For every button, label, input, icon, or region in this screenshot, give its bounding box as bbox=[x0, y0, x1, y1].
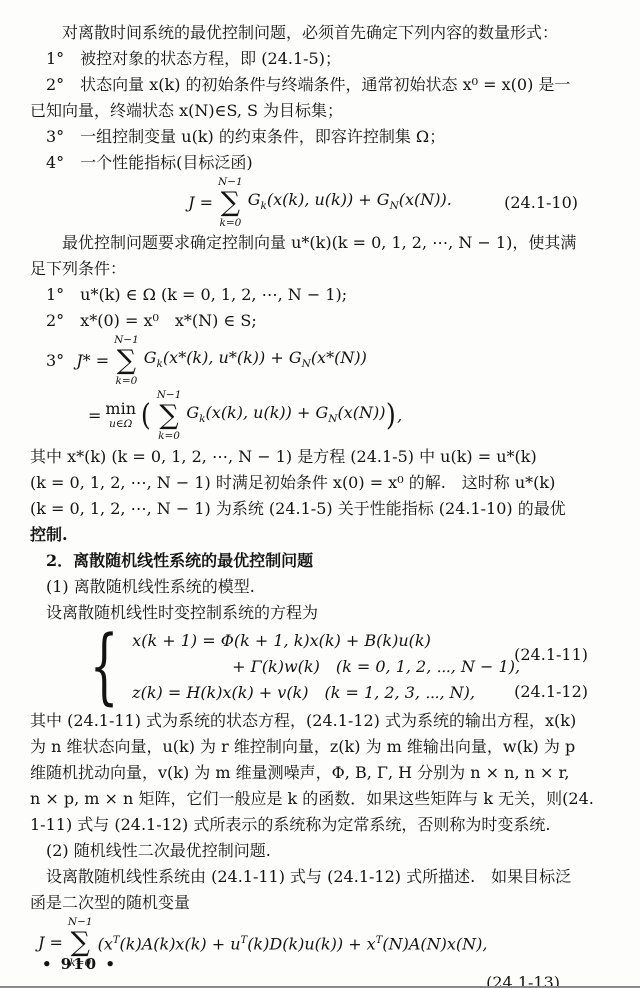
sum-operator: N−1 ∑ k=0 bbox=[114, 334, 139, 388]
system-row-state-1: x(k + 1) = Φ(k + 1, k)x(k) + B(k)u(k) bbox=[132, 628, 520, 654]
term-end: (x(N)). bbox=[399, 190, 452, 209]
text-line-where-c: (k = 0, 1, 2, ⋯, N − 1) 为系统 (24.1-5) 关于性… bbox=[30, 496, 610, 522]
equation-rhs: Gk(x(k), u(k)) + GN(x(N)) bbox=[186, 400, 385, 432]
equation-lhs: J = bbox=[38, 930, 63, 956]
text-line-intro: 对离散时间系统的最优控制问题，必须首先确定下列内容的数量形式： bbox=[30, 20, 610, 46]
text-line-dims-b: 为 n 维状态向量，u(k) 为 r 维控制向量，z(k) 为 m 维输出向量，… bbox=[30, 734, 610, 760]
term-x: (x bbox=[98, 934, 113, 953]
equation-lhs: J* = bbox=[76, 348, 109, 374]
text-line-dims-d: n × p, m × n 矩阵，它们一般应是 k 的函数．如果这些矩阵与 k 无… bbox=[30, 786, 610, 812]
equation-24-1-10: J = N−1 ∑ k=0 Gk(x(k), u(k)) + GN(x(N)).… bbox=[30, 176, 610, 230]
system-row-state-2: + Γ(k)w(k) (k = 0, 1, 2, ⋯, N − 1), bbox=[232, 654, 520, 680]
subscript-N: N bbox=[390, 200, 399, 212]
min-label: min bbox=[105, 401, 136, 418]
text-line-cond1: 1° u*(k) ∈ Ω (k = 0, 1, 2, ⋯, N − 1); bbox=[30, 282, 610, 308]
term-G: G bbox=[248, 190, 261, 209]
term-G: G bbox=[144, 348, 157, 367]
section-heading-2: 2．离散随机线性系统的最优控制问题 bbox=[30, 548, 610, 574]
text-line-sub2-intro-a: 设离散随机线性系统由 (24.1-11) 式与 (24.1-12) 式所描述. … bbox=[30, 864, 610, 890]
equation-tag-24-1-12: (24.1-12) bbox=[514, 679, 588, 705]
text-line-where-a: 其中 x*(k) (k = 0, 1, 2, ⋯, N − 1) 是方程 (24… bbox=[30, 444, 610, 470]
equation-lhs: J = bbox=[188, 190, 213, 216]
sum-operator: N−1 ∑ k=0 bbox=[157, 389, 182, 443]
trailing-comma: , bbox=[397, 403, 402, 429]
text-line-sub1: (1) 离散随机线性系统的模型. bbox=[30, 574, 610, 600]
open-paren: ( bbox=[141, 401, 151, 431]
text-line-where-b: (k = 0, 1, 2, ⋯, N − 1) 时满足初始条件 x(0) = x… bbox=[30, 470, 610, 496]
text-line-optimal-a: 最优控制问题要求确定控制向量 u*(k)(k = 0, 1, 2, ⋯, N −… bbox=[30, 230, 610, 256]
text-line-sub2-intro-b: 函是二次型的随机变量 bbox=[30, 890, 610, 916]
equation-cond3-row2: = min u∈Ω ( N−1 ∑ k=0 Gk(x(k), u(k)) + G… bbox=[88, 388, 610, 444]
text-line-dims-e: 1-11) 式与 (24.1-12) 式所表示的系统称为定常系统，否则称为时变系… bbox=[30, 812, 610, 838]
text-line-optimal-b: 足下列条件： bbox=[30, 256, 610, 282]
sum-lower-limit: k=0 bbox=[219, 217, 241, 230]
min-operator: min u∈Ω bbox=[105, 401, 136, 430]
text-line-item3: 3° 一组控制变量 u(k) 的约束条件，即容许控制集 Ω； bbox=[30, 124, 610, 150]
term-mid: (x(k), u(k)) + G bbox=[206, 403, 329, 422]
equation-24-1-10-body: J = N−1 ∑ k=0 Gk(x(k), u(k)) + GN(x(N)). bbox=[188, 176, 452, 230]
term-mid: (x(k), u(k)) + G bbox=[267, 190, 390, 209]
page-number: • 910 • bbox=[42, 955, 117, 973]
term-end: (N)A(N)x(N), bbox=[382, 934, 487, 953]
text-line-item2a: 2° 状态向量 x(k) 的初始条件与终端条件，通常初始状态 x⁰ = x(0)… bbox=[30, 72, 610, 98]
equation-rhs: Gk(x(k), u(k)) + GN(x(N)). bbox=[248, 187, 452, 219]
sum-lower-limit: k=0 bbox=[158, 430, 180, 443]
term-mid: (x*(k), u*(k)) + G bbox=[163, 348, 302, 367]
sum-operator: N−1 ∑ k=0 bbox=[218, 176, 243, 230]
close-paren: ) bbox=[386, 401, 396, 431]
sigma-symbol: ∑ bbox=[221, 189, 240, 217]
scanned-book-page: 对离散时间系统的最优控制问题，必须首先确定下列内容的数量形式： 1° 被控对象的… bbox=[0, 0, 640, 988]
term-end: (x*(N)) bbox=[311, 348, 367, 367]
text-line-item1: 1° 被控对象的状态方程，即 (24.1-5)； bbox=[30, 46, 610, 72]
equation-rhs: Gk(x*(k), u*(k)) + GN(x*(N)) bbox=[144, 345, 367, 377]
subscript-N: N bbox=[302, 358, 311, 370]
text-line-item4: 4° 一个性能指标(目标泛函) bbox=[30, 150, 610, 176]
sigma-symbol: ∑ bbox=[159, 402, 178, 430]
system-brace: { bbox=[90, 628, 119, 706]
equation-tag-24-1-11: (24.1-11) bbox=[514, 642, 588, 668]
text-line-where-d: 控制. bbox=[30, 522, 610, 548]
equation-system-24-1-11-12: { x(k + 1) = Φ(k + 1, k)x(k) + B(k)u(k) … bbox=[78, 626, 610, 708]
equals-sign: = bbox=[88, 403, 101, 429]
text-line-cond2: 2° x*(0) = x⁰ x*(N) ∈ S; bbox=[30, 308, 610, 334]
equation-cond3-row1: 3° J* = N−1 ∑ k=0 Gk(x*(k), u*(k)) + GN(… bbox=[30, 334, 610, 388]
text-line-dims-c: 维随机扰动向量，v(k) 为 m 维量测噪声，Φ, B, Γ, H 分别为 n … bbox=[30, 760, 610, 786]
term-end: (x(N)) bbox=[337, 403, 385, 422]
equation-tag-24-1-10: (24.1-10) bbox=[504, 190, 578, 216]
text-line-item2b: 已知向量，终端状态 x(N)∈S, S 为目标集； bbox=[30, 98, 610, 124]
sigma-symbol: ∑ bbox=[117, 347, 136, 375]
term-mid1: (k)A(k)x(k) + u bbox=[120, 934, 241, 953]
system-row-output: z(k) = H(k)x(k) + v(k) (k = 1, 2, 3, ⋯, … bbox=[132, 680, 520, 706]
equation-rhs: (xT(k)A(k)x(k) + uT(k)D(k)u(k)) + xT(N)A… bbox=[98, 928, 488, 957]
equation-24-1-13: J = N−1 ∑ k=0 (xT(k)A(k)x(k) + uT(k)D(k)… bbox=[38, 916, 610, 970]
text-line-sub2: (2) 随机线性二次最优控制问题. bbox=[30, 838, 610, 864]
system-rows: x(k + 1) = Φ(k + 1, k)x(k) + B(k)u(k) + … bbox=[132, 628, 520, 706]
min-subscript: u∈Ω bbox=[109, 418, 132, 430]
term-mid2: (k)D(k)u(k)) + x bbox=[247, 934, 376, 953]
superscript-T: T bbox=[113, 935, 120, 946]
term-G: G bbox=[186, 403, 199, 422]
sigma-symbol: ∑ bbox=[71, 929, 90, 957]
sum-lower-limit: k=0 bbox=[116, 375, 138, 388]
page-content: 对离散时间系统的最优控制问题，必须首先确定下列内容的数量形式： 1° 被控对象的… bbox=[0, 0, 640, 988]
condition-marker: 3° bbox=[30, 348, 64, 374]
